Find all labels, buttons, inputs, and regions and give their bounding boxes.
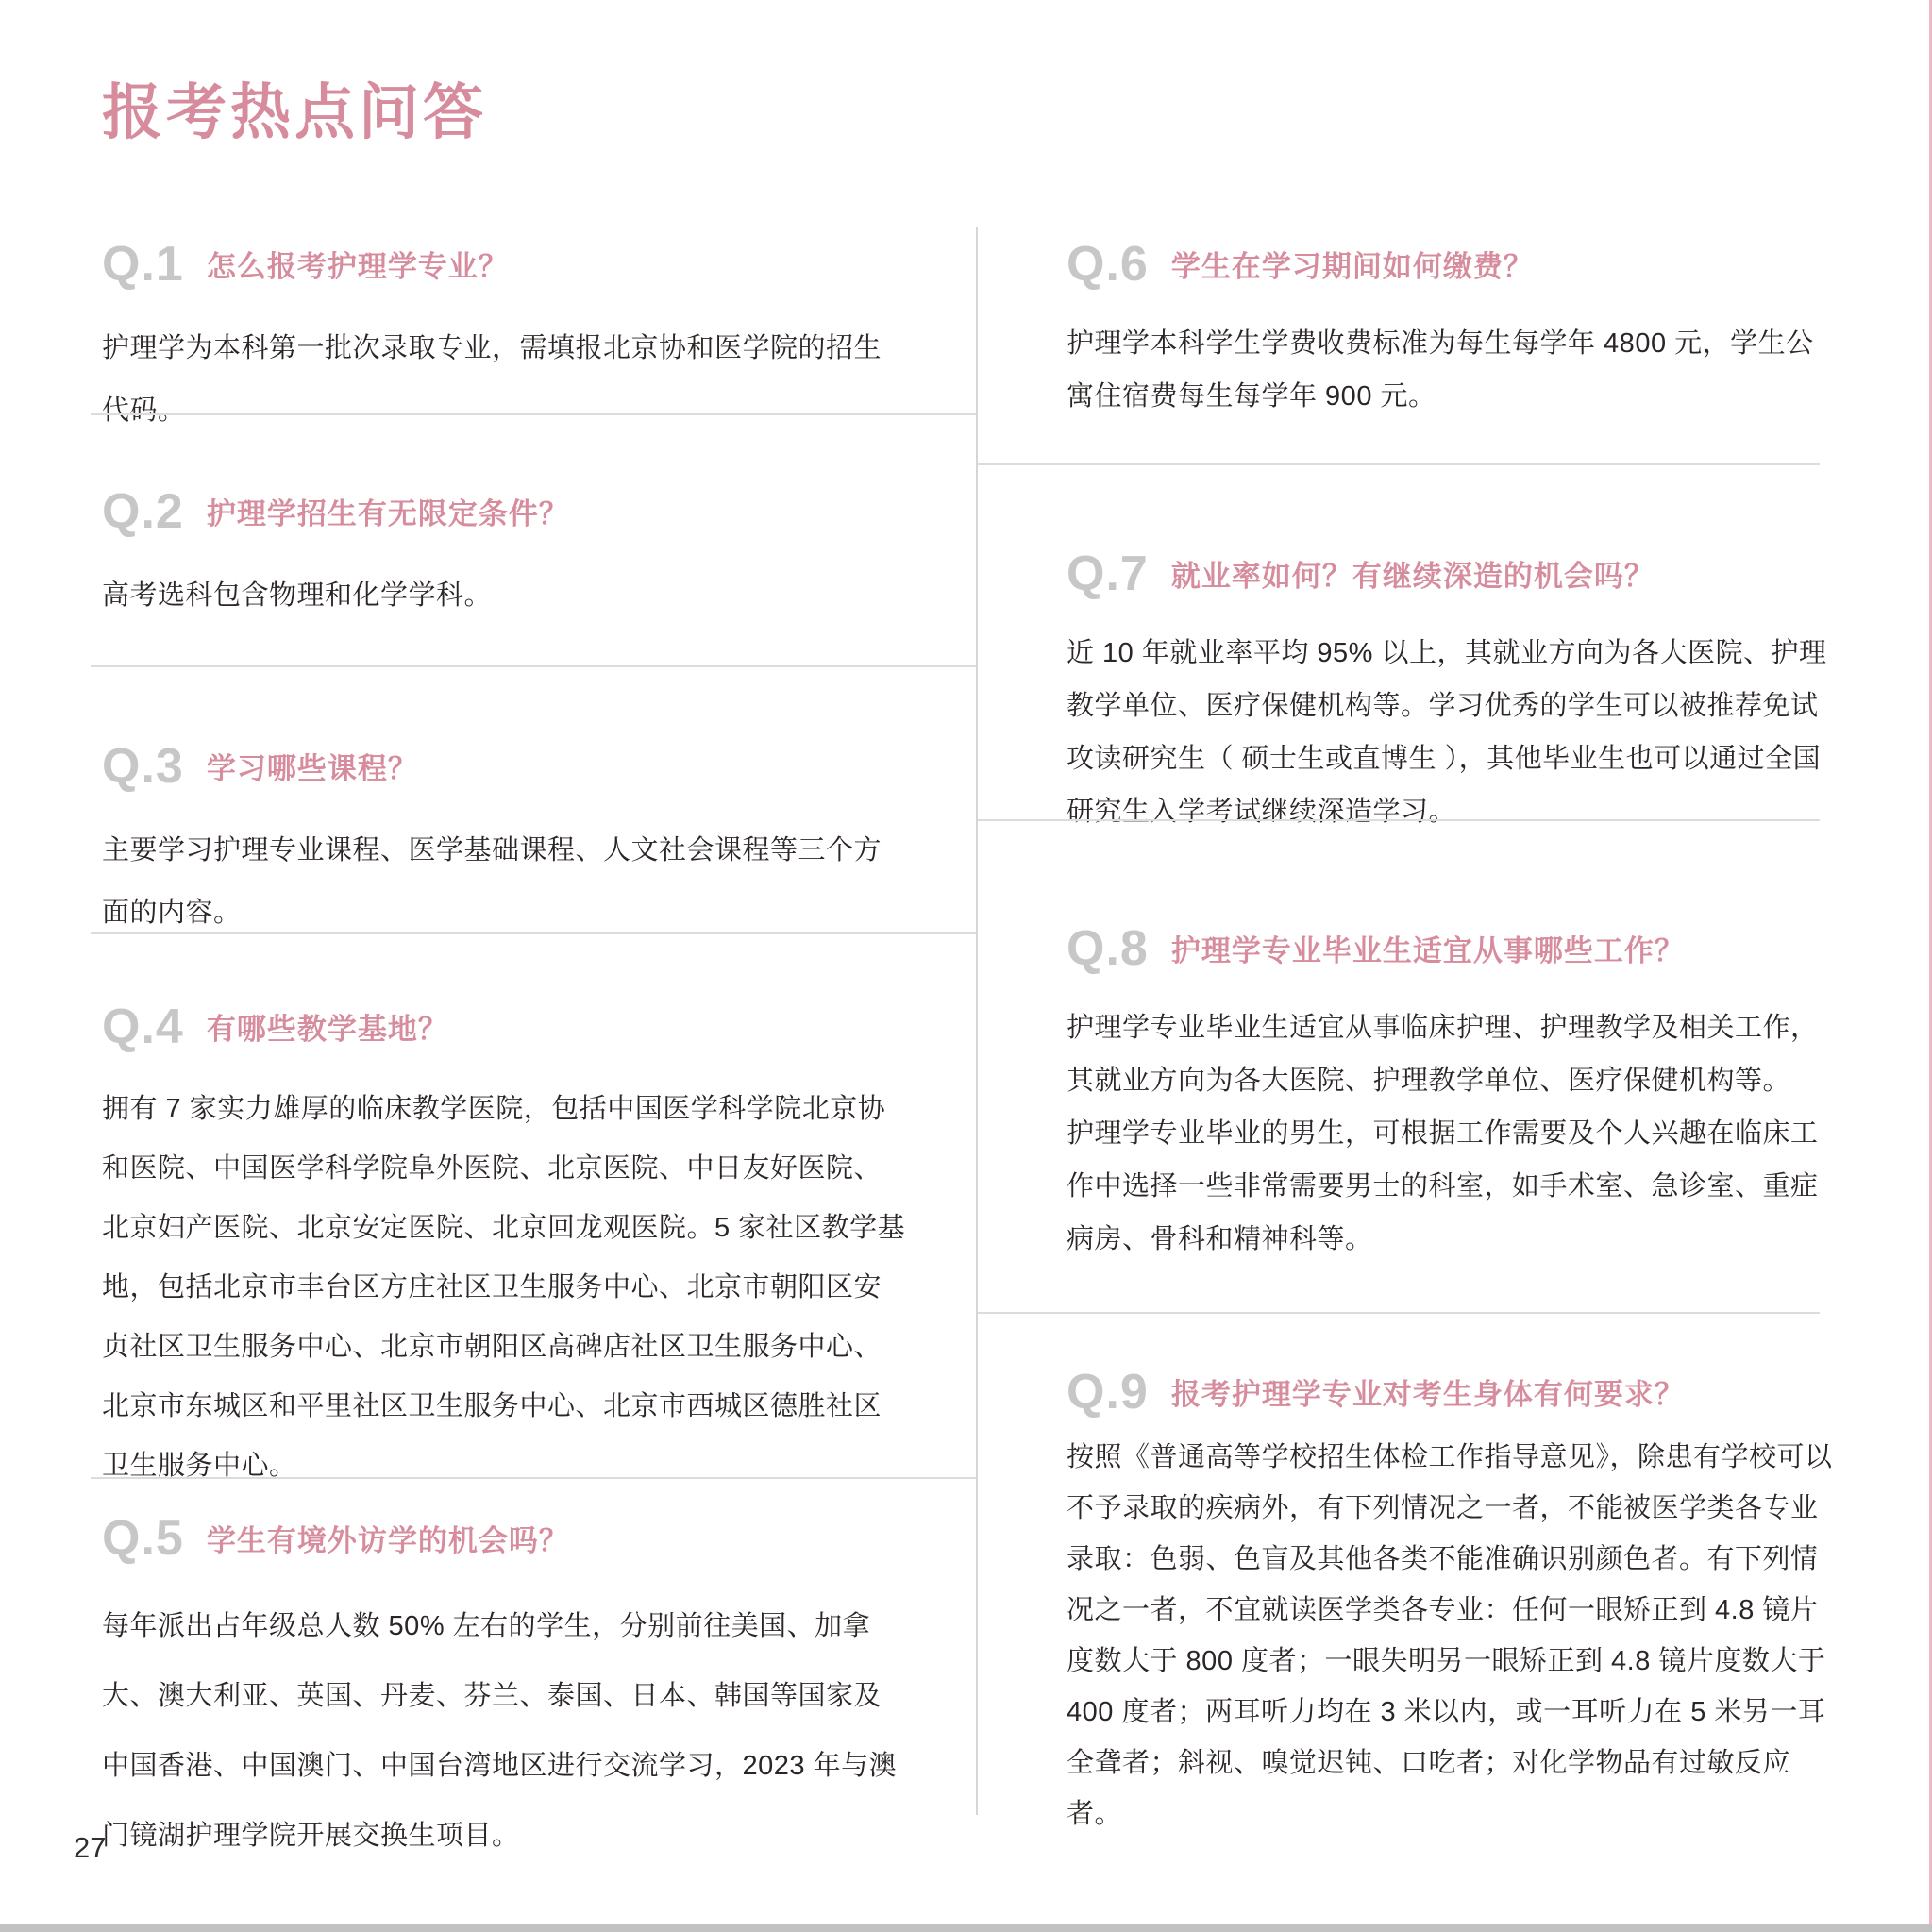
page-number: 27 [74, 1831, 106, 1865]
question-number: Q.4 [102, 999, 184, 1055]
question-number: Q.6 [1067, 236, 1149, 293]
question-title: 护理学专业毕业生适宜从事哪些工作？ [1171, 927, 1685, 969]
faq-page: 报考热点问答 Q.1 怎么报考护理学专业？ 护理学为本科第一批次录取专业，需填报… [0, 0, 1932, 1932]
question-title: 报考护理学专业对考生身体有何要求？ [1171, 1370, 1685, 1413]
divider [977, 819, 1820, 821]
question-title: 学生有境外访学的机会吗？ [207, 1517, 569, 1559]
divider [91, 1477, 977, 1479]
page-edge-bottom [0, 1924, 1932, 1932]
divider [977, 1312, 1820, 1314]
question-heading: Q.2 护理学招生有无限定条件？ [102, 483, 956, 542]
question-number: Q.8 [1067, 920, 1149, 977]
answer-text: 拥有 7 家实力雄厚的临床教学医院，包括中国医学科学院北京协和医院、中国医学科学… [102, 1080, 906, 1496]
question-heading: Q.9 报考护理学专业对考生身体有何要求？ [1067, 1364, 1839, 1422]
question-number: Q.5 [102, 1510, 184, 1567]
question-title: 有哪些教学基地？ [207, 1005, 448, 1048]
question-heading: Q.5 学生有境外访学的机会吗？ [102, 1510, 956, 1569]
answer-paragraph: 护理学为本科第一批次录取专业，需填报北京协和医学院的招生代码。 [102, 317, 906, 442]
answer-text: 每年派出占年级总人数 50% 左右的学生，分别前往美国、加拿大、澳大利亚、英国、… [102, 1591, 906, 1871]
answer-paragraph: 拥有 7 家实力雄厚的临床教学医院，包括中国医学科学院北京协和医院、中国医学科学… [102, 1080, 906, 1496]
answer-text: 近 10 年就业率平均 95% 以上，其就业方向为各大医院、护理教学单位、医疗保… [1067, 627, 1836, 838]
answer-paragraph: 主要学习护理专业课程、医学基础课程、人文社会课程等三个方面的内容。 [102, 819, 906, 944]
question-number: Q.1 [102, 236, 184, 293]
question-heading: Q.8 护理学专业毕业生适宜从事哪些工作？ [1067, 920, 1839, 979]
question-heading: Q.7 就业率如何？有继续深造的机会吗？ [1067, 546, 1839, 604]
answer-text: 高考选科包含物理和化学学科。 [102, 564, 906, 627]
answer-text: 护理学专业毕业生适宜从事临床护理、护理教学及相关工作，其就业方向为各大医院、护理… [1067, 1001, 1836, 1266]
question-title: 就业率如何？有继续深造的机会吗？ [1171, 552, 1655, 595]
answer-text: 护理学本科学生学费收费标准为每生每学年 4800 元，学生公寓住宿费每生每学年 … [1067, 317, 1836, 423]
divider [91, 665, 977, 667]
faq-item-q7: Q.7 就业率如何？有继续深造的机会吗？ 近 10 年就业率平均 95% 以上，… [1067, 546, 1839, 838]
faq-item-q6: Q.6 学生在学习期间如何缴费？ 护理学本科学生学费收费标准为每生每学年 480… [1067, 236, 1839, 423]
question-number: Q.3 [102, 738, 184, 795]
faq-item-q4: Q.4 有哪些教学基地？ 拥有 7 家实力雄厚的临床教学医院，包括中国医学科学院… [102, 999, 956, 1496]
page-title: 报考热点问答 [102, 64, 487, 151]
question-heading: Q.4 有哪些教学基地？ [102, 999, 956, 1057]
answer-paragraph: 护理学专业毕业的男生，可根据工作需要及个人兴趣在临床工作中选择一些非常需要男士的… [1067, 1107, 1836, 1266]
divider [977, 463, 1820, 465]
faq-item-q2: Q.2 护理学招生有无限定条件？ 高考选科包含物理和化学学科。 [102, 483, 956, 627]
question-title: 学生在学习期间如何缴费？ [1171, 243, 1534, 285]
answer-text: 护理学为本科第一批次录取专业，需填报北京协和医学院的招生代码。 [102, 317, 906, 442]
question-title: 怎么报考护理学专业？ [207, 243, 509, 285]
answer-text: 按照《普通高等学校招生体检工作指导意见》，除患有学校可以不予录取的疾病外，有下列… [1067, 1432, 1836, 1840]
answer-paragraph: 护理学专业毕业生适宜从事临床护理、护理教学及相关工作，其就业方向为各大医院、护理… [1067, 1001, 1836, 1107]
question-number: Q.2 [102, 483, 184, 540]
answer-paragraph: 高考选科包含物理和化学学科。 [102, 564, 906, 627]
question-heading: Q.3 学习哪些课程？ [102, 738, 956, 797]
answer-paragraph: 近 10 年就业率平均 95% 以上，其就业方向为各大医院、护理教学单位、医疗保… [1067, 627, 1836, 838]
question-number: Q.9 [1067, 1364, 1149, 1420]
answer-text: 主要学习护理专业课程、医学基础课程、人文社会课程等三个方面的内容。 [102, 819, 906, 944]
column-divider [976, 227, 978, 1815]
answer-paragraph: 按照《普通高等学校招生体检工作指导意见》，除患有学校可以不予录取的疾病外，有下列… [1067, 1432, 1836, 1840]
divider [91, 932, 977, 934]
faq-item-q5: Q.5 学生有境外访学的机会吗？ 每年派出占年级总人数 50% 左右的学生，分别… [102, 1510, 956, 1871]
answer-paragraph: 每年派出占年级总人数 50% 左右的学生，分别前往美国、加拿大、澳大利亚、英国、… [102, 1591, 906, 1871]
question-title: 学习哪些课程？ [207, 745, 418, 787]
question-number: Q.7 [1067, 546, 1149, 602]
faq-item-q3: Q.3 学习哪些课程？ 主要学习护理专业课程、医学基础课程、人文社会课程等三个方… [102, 738, 956, 944]
answer-paragraph: 护理学本科学生学费收费标准为每生每学年 4800 元，学生公寓住宿费每生每学年 … [1067, 317, 1836, 423]
divider [91, 413, 977, 415]
question-title: 护理学招生有无限定条件？ [207, 490, 569, 532]
question-heading: Q.6 学生在学习期间如何缴费？ [1067, 236, 1839, 294]
faq-item-q8: Q.8 护理学专业毕业生适宜从事哪些工作？ 护理学专业毕业生适宜从事临床护理、护… [1067, 920, 1839, 1266]
question-heading: Q.1 怎么报考护理学专业？ [102, 236, 956, 294]
faq-item-q9: Q.9 报考护理学专业对考生身体有何要求？ 按照《普通高等学校招生体检工作指导意… [1067, 1364, 1839, 1840]
faq-item-q1: Q.1 怎么报考护理学专业？ 护理学为本科第一批次录取专业，需填报北京协和医学院… [102, 236, 956, 442]
